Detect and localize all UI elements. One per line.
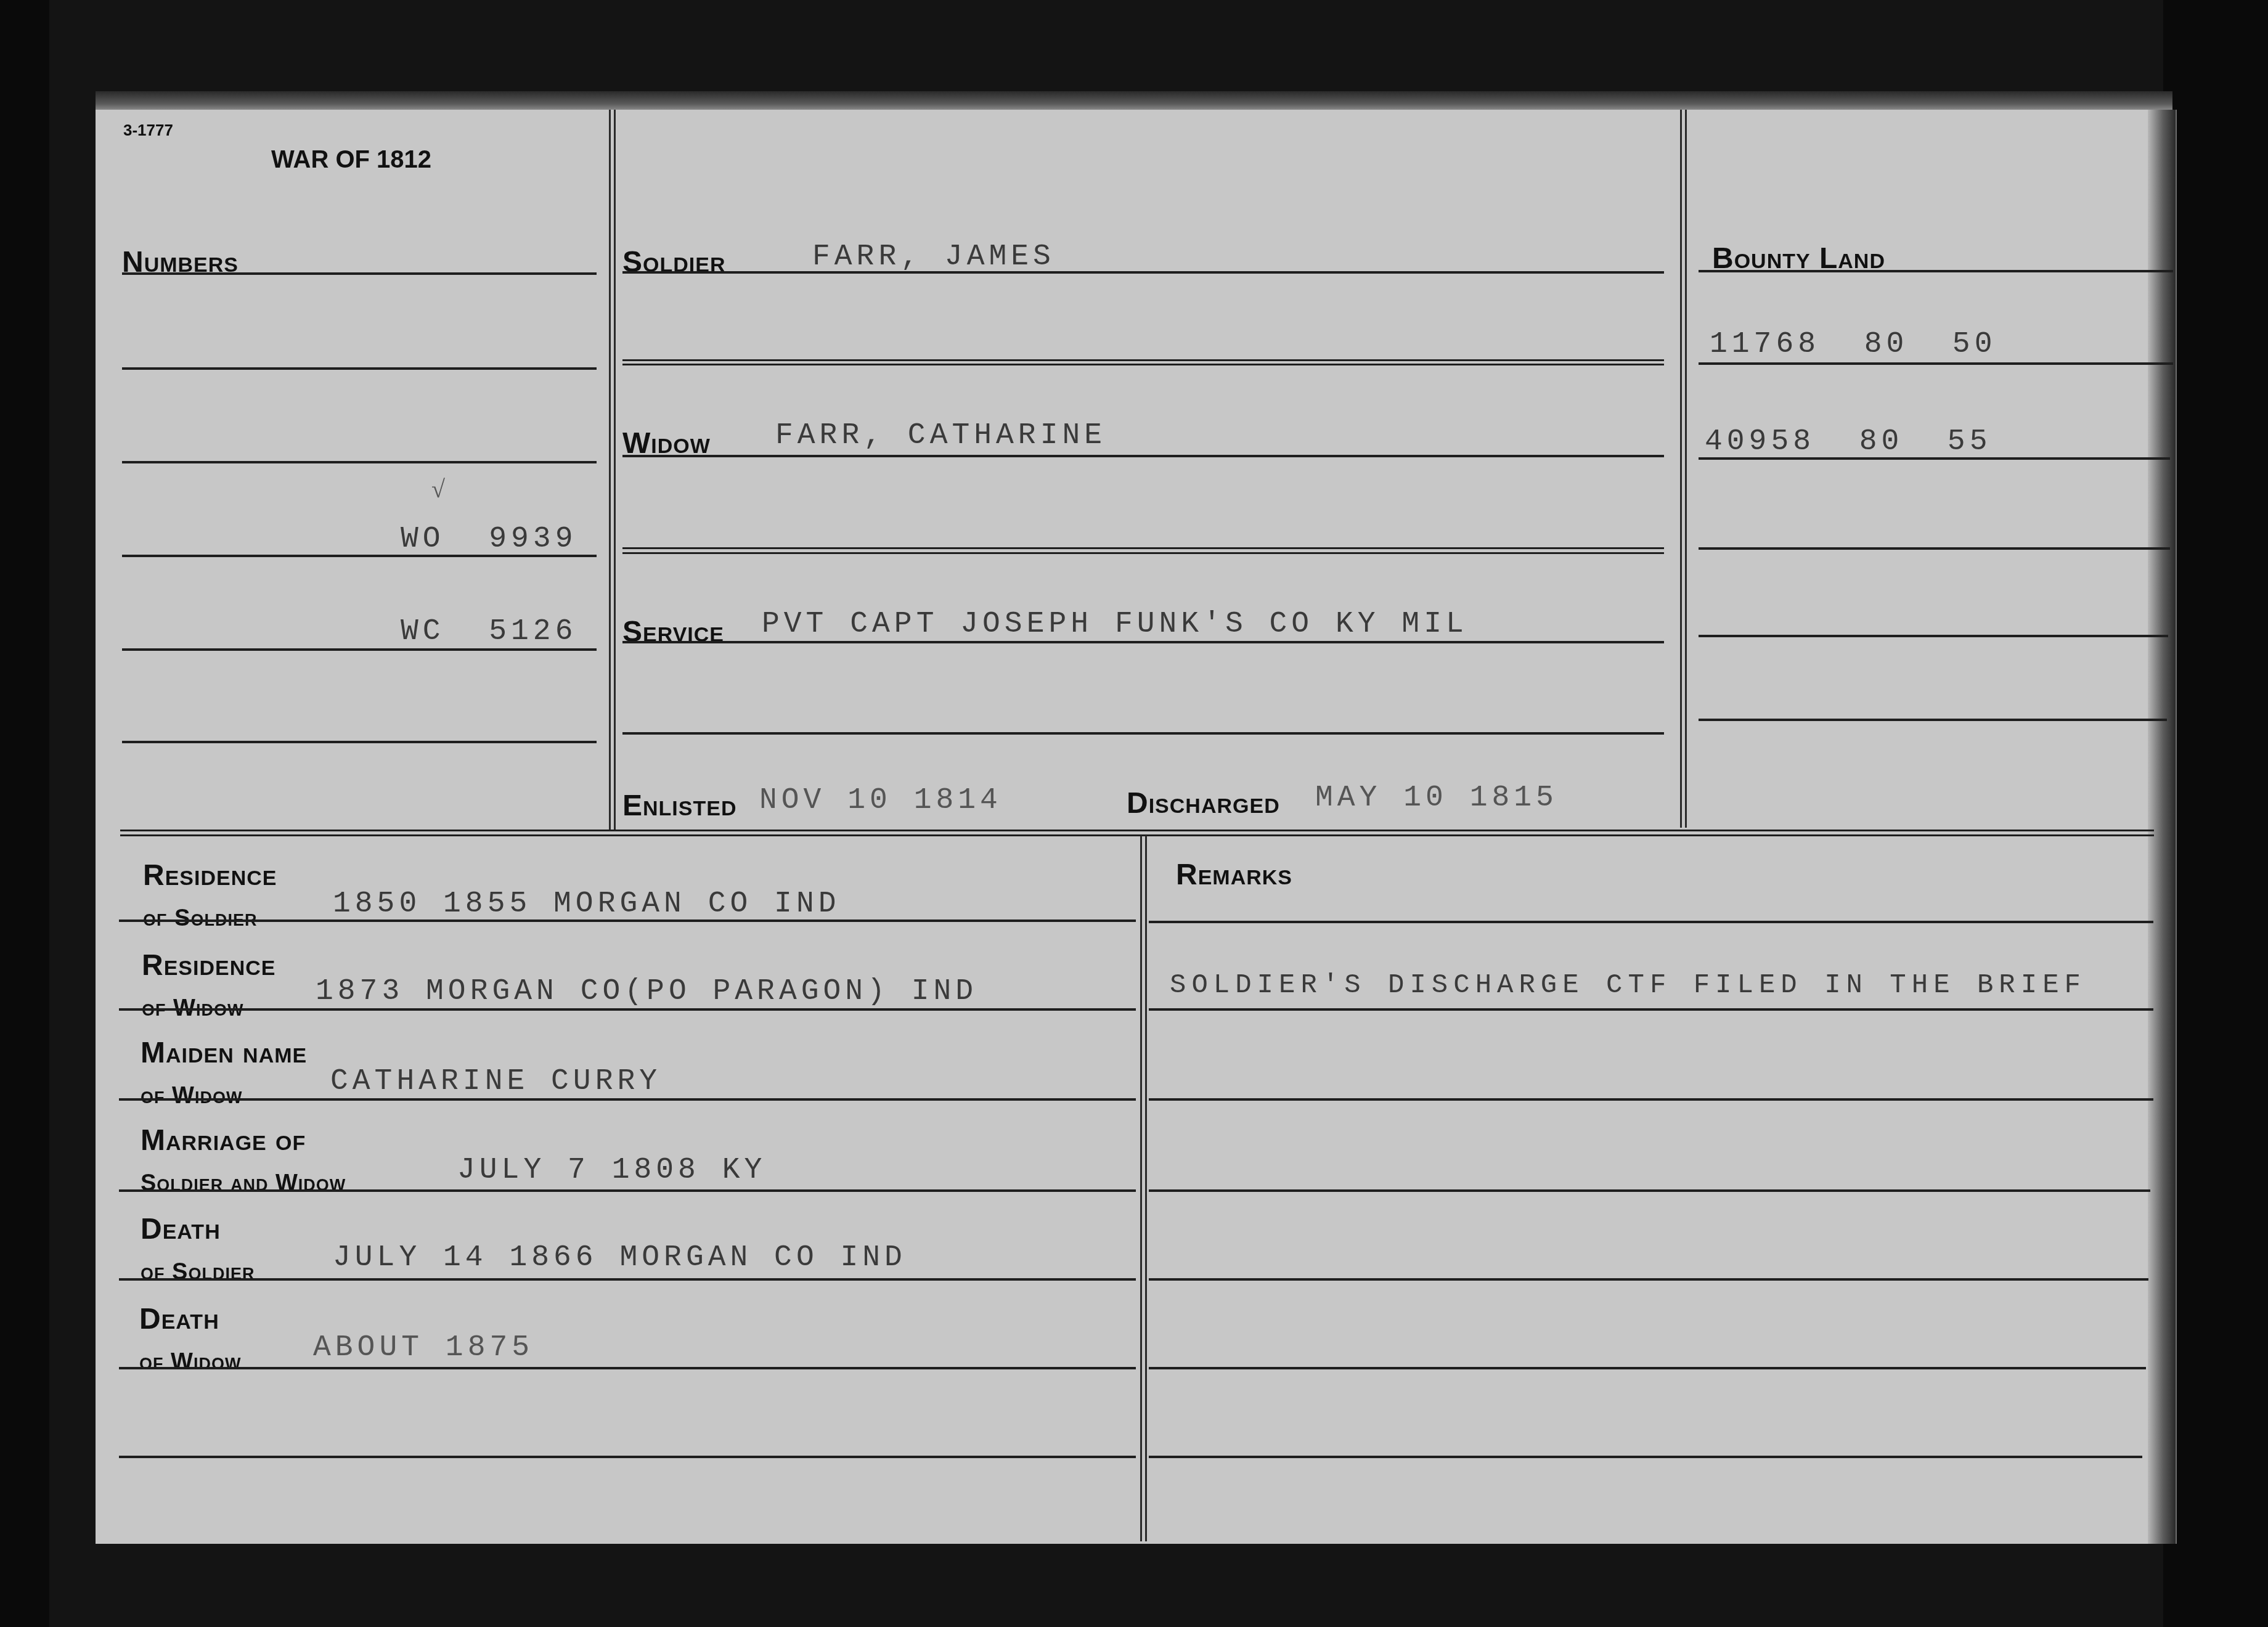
remarks-rule-4 [1149, 1189, 2150, 1192]
numbers-rule-0 [122, 272, 597, 275]
remarks-rule-2 [1149, 1008, 2153, 1011]
service-rule-2 [622, 732, 1664, 735]
bounty-rule-3 [1699, 547, 2170, 550]
detail-label-residence-soldier: Residenceof Soldier [143, 858, 277, 941]
widow-rule-2a [622, 547, 1664, 549]
index-card [96, 110, 2163, 1544]
discharged-value: MAY 10 1815 [1315, 781, 1558, 815]
detail-value-death-soldier: JULY 14 1866 MORGAN CO IND [333, 1241, 907, 1274]
detail-rule-4 [119, 1189, 1136, 1192]
soldier-rule-2b [622, 364, 1664, 365]
detail-rule-7 [119, 1456, 1136, 1458]
remarks-line-1: SOLDIER'S DISCHARGE CTF FILED IN THE BRI… [1170, 970, 2086, 1001]
bounty-rule-5 [1699, 719, 2167, 721]
widow-rule [622, 455, 1664, 457]
widow-rule-2b [622, 552, 1664, 554]
remarks-rule-6 [1149, 1367, 2146, 1369]
numbers-rule-4 [122, 648, 597, 651]
soldier-value: FARR, JAMES [812, 240, 1055, 274]
remarks-rule-3 [1149, 1098, 2153, 1101]
form-number: 3-1777 [123, 121, 173, 140]
card-top-edge [96, 91, 2172, 112]
card-right-edge [2148, 110, 2176, 1544]
bounty-rule-2 [1699, 457, 2170, 460]
detail-label-marriage: Marriage ofSoldier and Widow [141, 1123, 346, 1206]
soldier-rule [622, 271, 1664, 274]
service-label: Service [622, 615, 724, 649]
numbers-entry-wc: WC 5126 [401, 615, 577, 648]
detail-label-maiden-name: Maiden nameof Widow [141, 1035, 307, 1119]
divider-details-remarks [1140, 836, 1142, 1541]
pencil-check-mark: √ [431, 475, 445, 504]
divider-numbers-soldier [609, 110, 611, 831]
bounty-entry-1: 11768 80 50 [1710, 328, 1996, 361]
detail-label-death-widow: Deathof Widow [139, 1302, 241, 1385]
detail-label-residence-widow: Residenceof Widow [142, 948, 275, 1031]
remarks-rule-1 [1149, 921, 2153, 923]
detail-rule-5 [119, 1278, 1136, 1281]
card-title: WAR OF 1812 [271, 146, 431, 174]
remarks-rule-5 [1149, 1278, 2148, 1281]
service-rule [622, 641, 1664, 643]
enlisted-value: NOV 10 1814 [759, 784, 1002, 817]
numbers-rule-3 [122, 555, 597, 557]
bounty-rule-1 [1699, 362, 2173, 365]
numbers-rule-1 [122, 367, 597, 370]
remarks-rule-7 [1149, 1456, 2142, 1458]
detail-rule-1 [119, 920, 1136, 922]
soldier-label: Soldier [622, 245, 725, 279]
detail-value-marriage: JULY 7 1808 KY [457, 1154, 766, 1187]
remarks-label: Remarks [1176, 858, 1292, 892]
enlisted-label: Enlisted [622, 789, 736, 823]
detail-rule-3 [119, 1098, 1136, 1101]
detail-value-maiden-name: CATHARINE CURRY [330, 1065, 661, 1098]
discharged-label: Discharged [1127, 786, 1280, 820]
section-divider-a [120, 830, 2154, 831]
divider-details-remarks-2 [1145, 836, 1147, 1541]
numbers-entry-wo: WO 9939 [401, 523, 577, 556]
bounty-rule-4 [1699, 635, 2168, 637]
numbers-rule-5 [122, 741, 597, 743]
detail-value-residence-widow: 1873 MORGAN CO(PO PARAGON) IND [316, 975, 977, 1008]
detail-rule-6 [119, 1367, 1136, 1369]
widow-value: FARR, CATHARINE [775, 419, 1106, 452]
divider-numbers-soldier-2 [614, 110, 616, 831]
detail-value-residence-soldier: 1850 1855 MORGAN CO IND [333, 887, 841, 921]
numbers-rule-2 [122, 461, 597, 463]
service-value: PVT CAPT JOSEPH FUNK'S CO KY MIL [762, 608, 1468, 641]
detail-value-death-widow: ABOUT 1875 [313, 1331, 534, 1364]
bounty-rule-0 [1699, 270, 2173, 272]
soldier-rule-2a [622, 359, 1664, 361]
detail-label-death-soldier: Deathof Soldier [141, 1212, 255, 1295]
divider-soldier-bounty [1680, 110, 1682, 828]
divider-soldier-bounty-2 [1685, 110, 1687, 828]
bounty-entry-2: 40958 80 55 [1705, 425, 1991, 459]
detail-rule-2 [119, 1008, 1136, 1011]
section-divider-b [120, 834, 2154, 836]
